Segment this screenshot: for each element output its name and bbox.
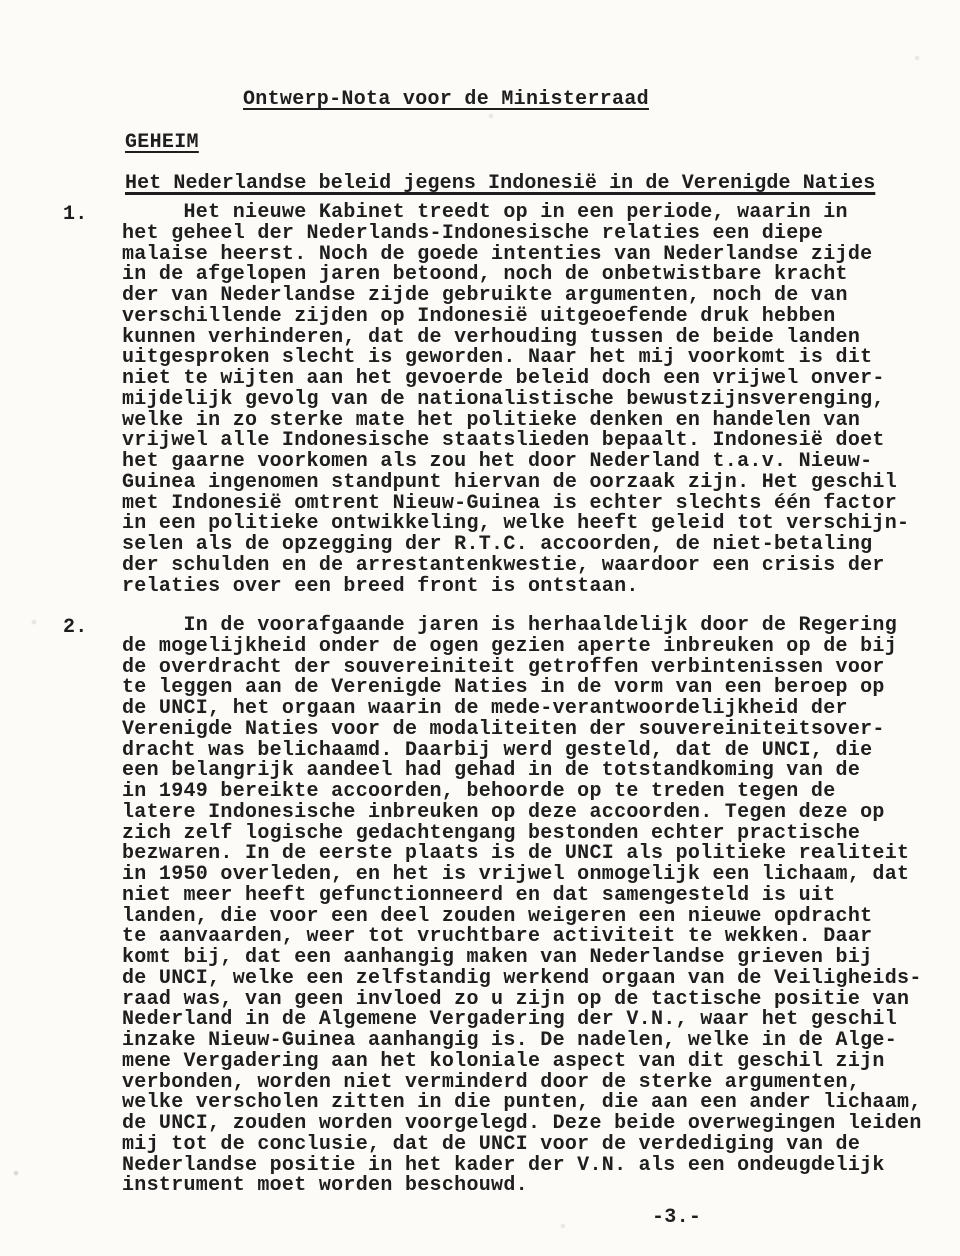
paragraph-1-text: Het nieuwe Kabinet treedt op in een peri… [122, 203, 909, 597]
page-number: -3.- [652, 1206, 701, 1229]
paragraph-1-number: 1. [63, 203, 88, 226]
paragraph-2-number: 2. [63, 616, 88, 639]
document-title: Ontwerp-Nota voor de Ministerraad [243, 88, 649, 111]
paragraph-2-text: In de voorafgaande jaren is herhaaldelij… [122, 616, 922, 1197]
document-heading: Het Nederlandse beleid jegens Indonesië … [125, 172, 875, 195]
classification-label: GEHEIM [125, 131, 199, 154]
document-page: Ontwerp-Nota voor de Ministerraad GEHEIM… [0, 0, 960, 1256]
